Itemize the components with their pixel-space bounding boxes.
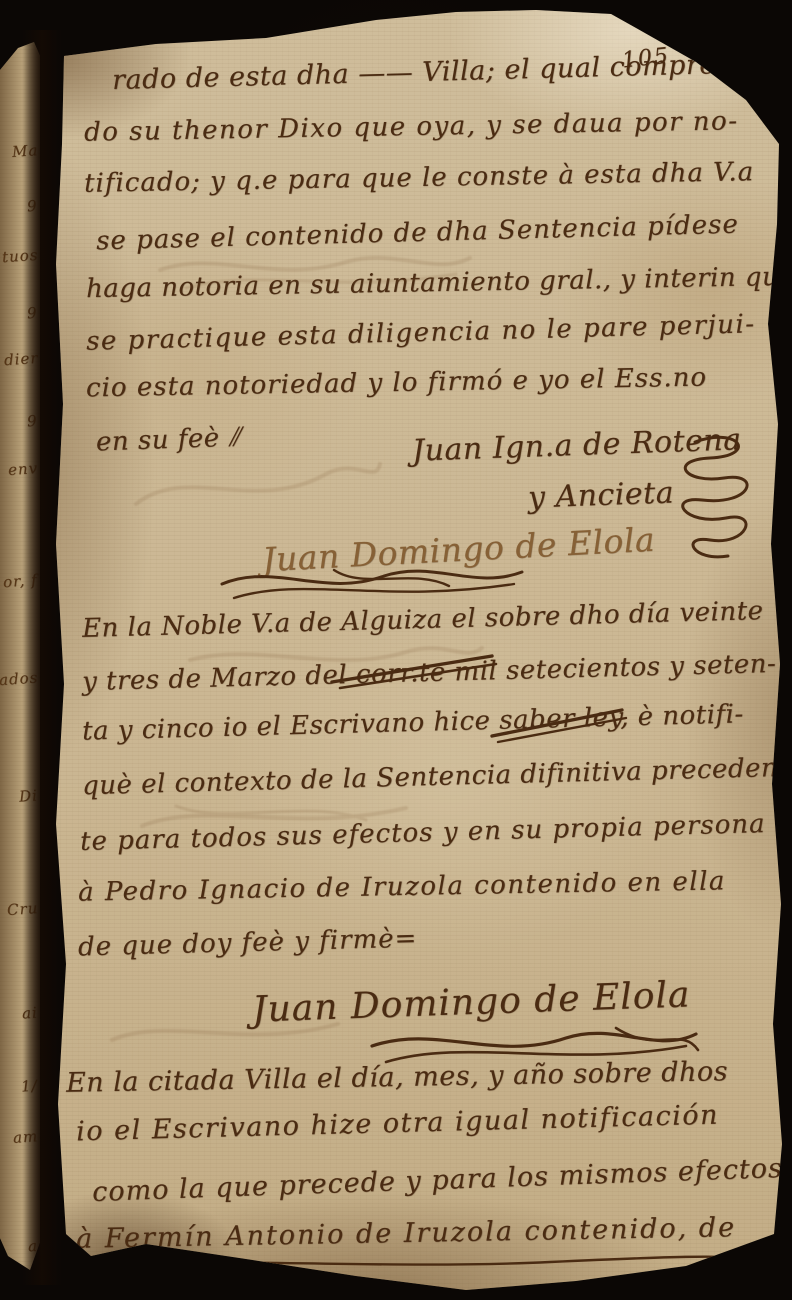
rubric-flourish xyxy=(366,1020,706,1080)
bleed-through-mark xyxy=(186,634,486,684)
bleed-through-mark xyxy=(126,444,386,524)
ink-strikethrough xyxy=(490,700,630,746)
rubric-flourish xyxy=(640,434,770,584)
bleed-through-mark xyxy=(106,1004,346,1064)
manuscript-line: cio esta notoriedad y lo firmó e yo el E… xyxy=(86,363,708,404)
manuscript-line: se practique esta diligencia no le pare … xyxy=(86,309,756,357)
flourish-underline xyxy=(80,1248,790,1282)
manuscript-line: como la que precede y para los mismos ef… xyxy=(92,1153,784,1208)
manuscript-page: 105 rado de esta dha —— Villa; el qual c… xyxy=(36,4,788,1296)
manuscript-line: rado de esta dha —— Villa; el qual compr… xyxy=(112,47,792,96)
manuscript-line: tificado; y q.e para que le conste à est… xyxy=(84,157,755,199)
manuscript-line: io el Escrivano hize otra igual notifica… xyxy=(76,1100,720,1148)
manuscript-line: do su thenor Dixo que oya, y se daua por… xyxy=(84,106,739,147)
bleed-through-mark xyxy=(136,786,416,846)
bleed-through-mark xyxy=(156,240,476,300)
rubric-flourish xyxy=(214,560,534,615)
scanned-manuscript: Ma 9 tuos 9 dier 9 env or, f tados Di Cr… xyxy=(0,0,792,1300)
manuscript-line: à Pedro Ignacio de Iruzola contenido en … xyxy=(78,866,726,907)
manuscript-line: ta y cinco io el Escrivano hice saber le… xyxy=(82,699,744,746)
manuscript-line: de que doy feè y firmè= xyxy=(78,924,418,963)
